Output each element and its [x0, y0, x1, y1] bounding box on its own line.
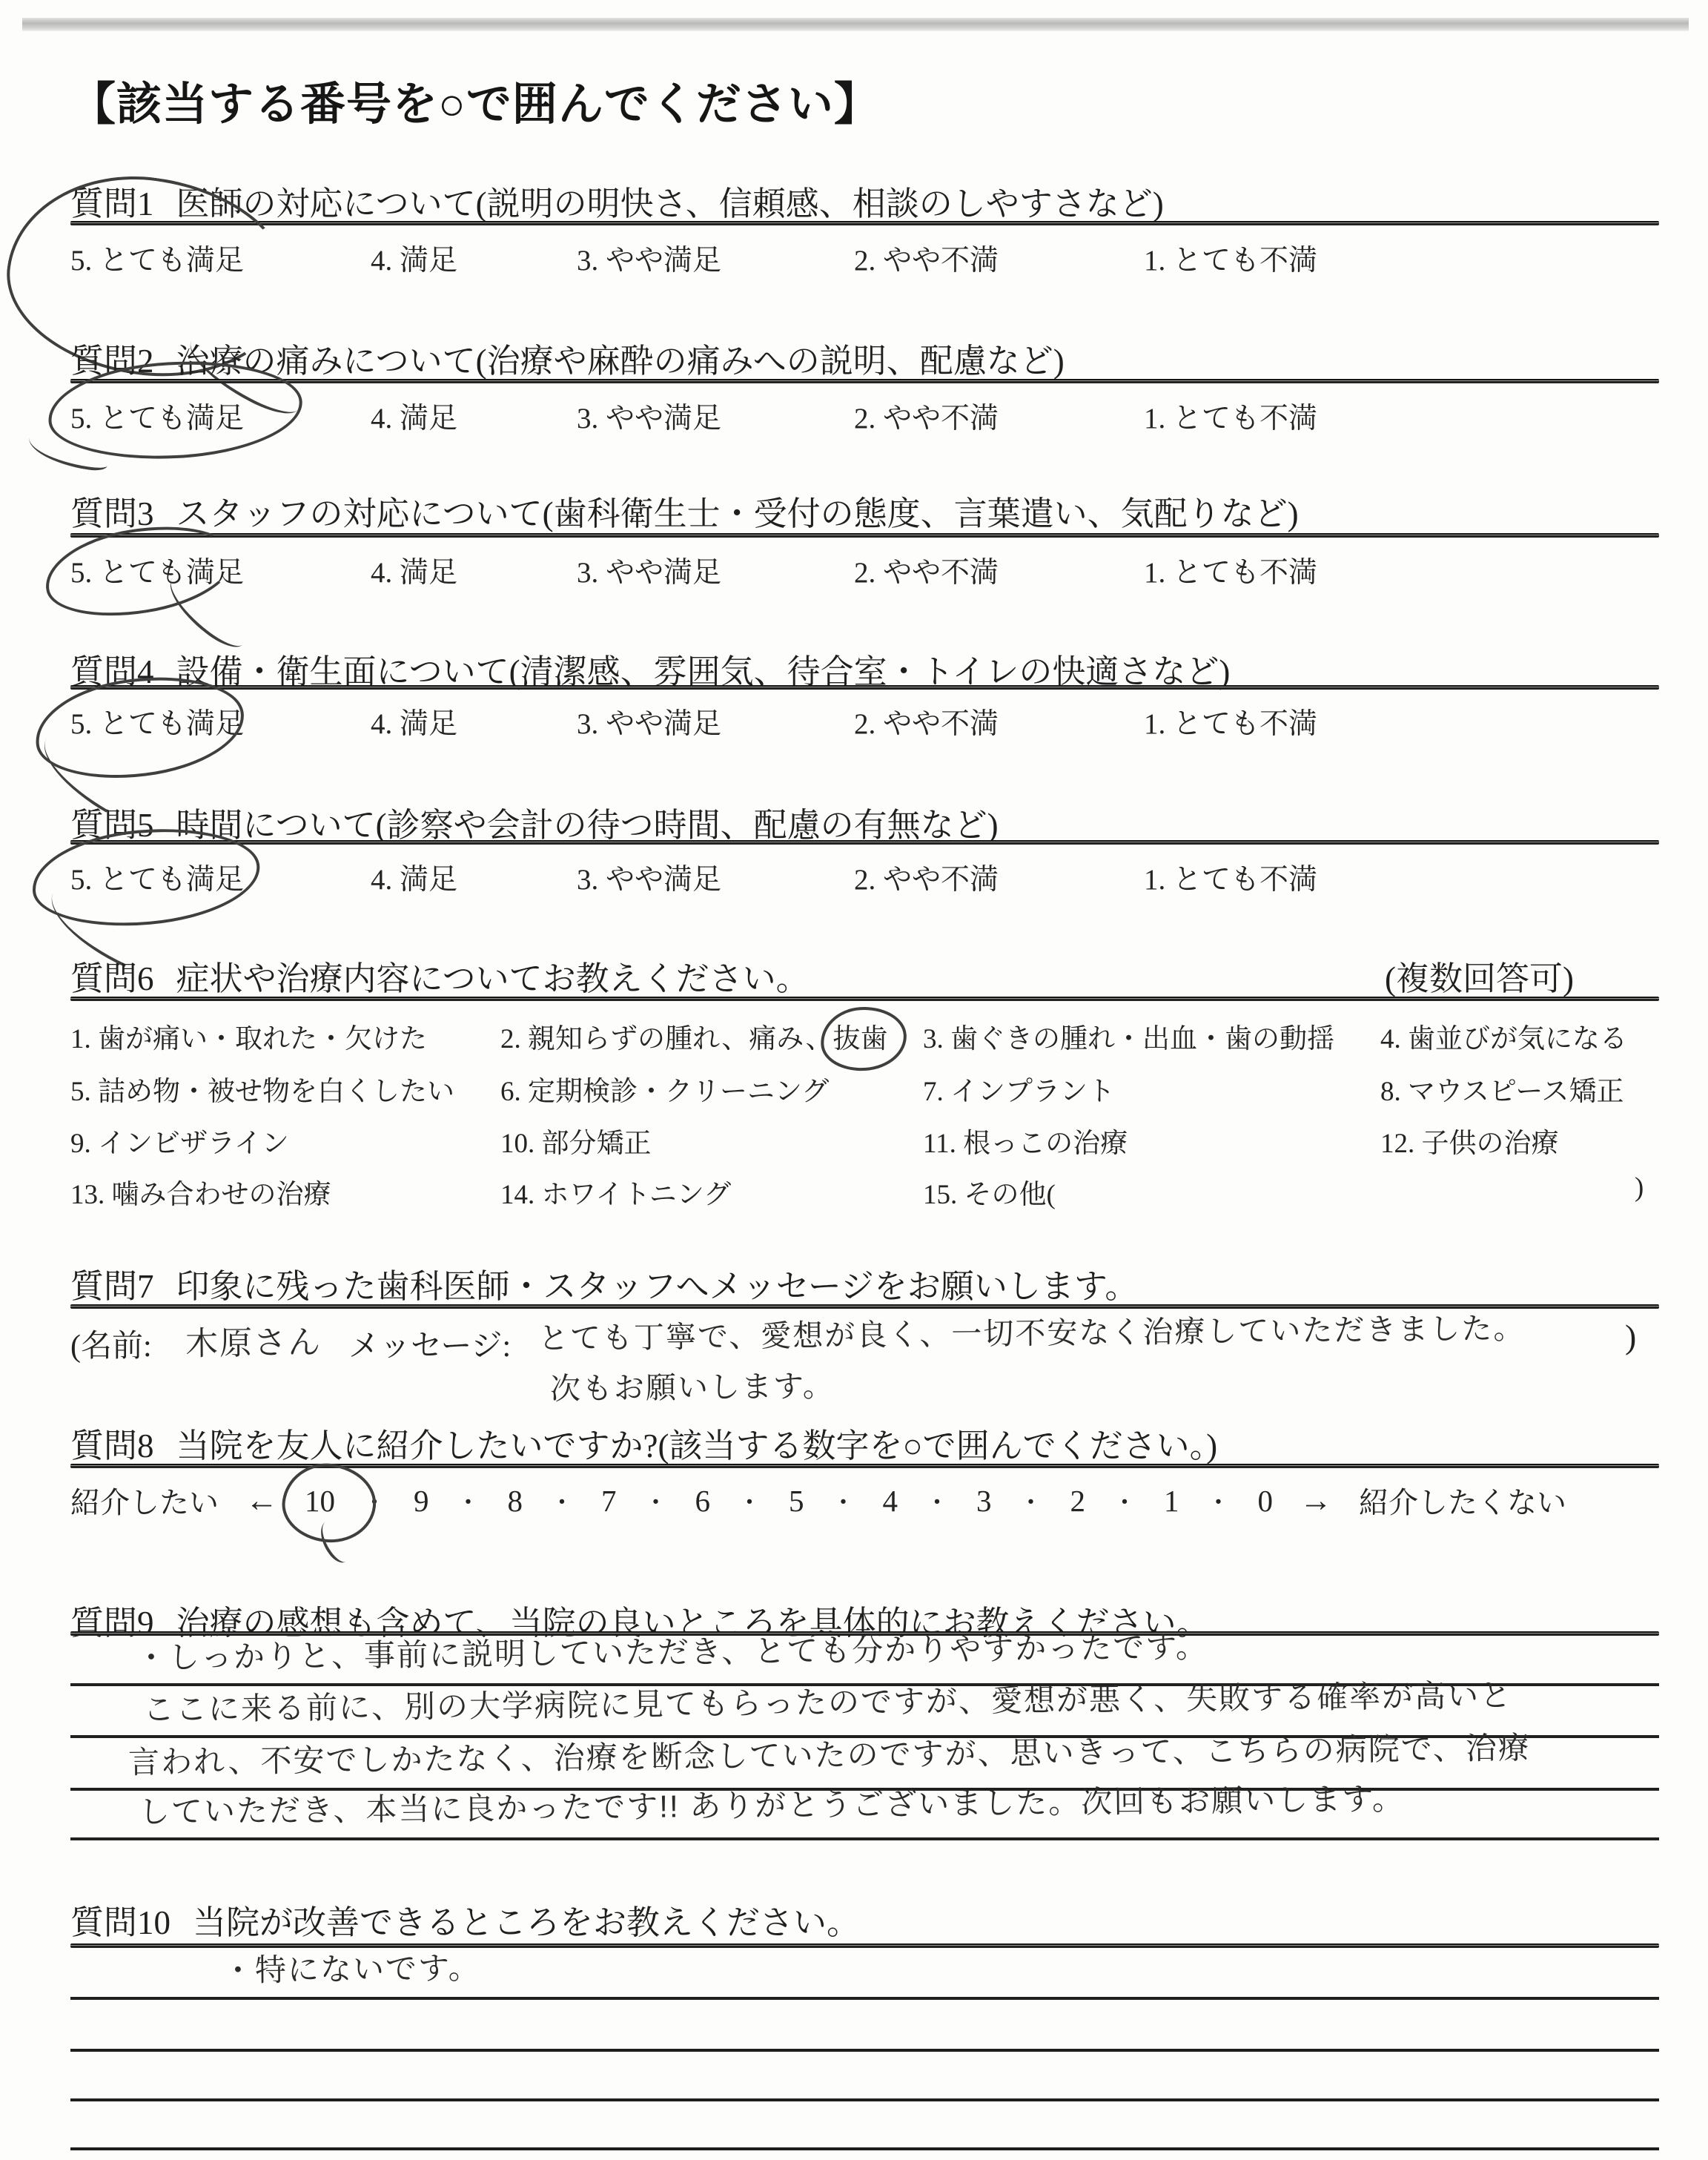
q2-heading: 治療の痛みについて(治療や麻酔の痛みへの説明、配慮など) [176, 343, 1065, 380]
q9-answer-line-4: していただき、本当に良かったです!! ありがとうございました。次回もお願いします… [70, 1793, 1659, 1840]
q4-option-5-label: 5. とても満足 [70, 708, 244, 740]
q5-option-2: 2. やや不満 [854, 856, 999, 898]
scale-separator: ・ [549, 1482, 575, 1519]
scale-separator: ・ [1206, 1482, 1231, 1519]
scale-separator: ・ [737, 1482, 762, 1519]
q6-item-5: 5. 詰め物・被せ物を白くしたい [70, 1069, 454, 1109]
q7-label: 質問7 [70, 1259, 154, 1307]
q6-item-2-prefix: 2. 親知らずの腫れ、痛み、 [500, 1024, 833, 1054]
q3-option-4: 4. 満足 [371, 549, 457, 591]
scale-number-8: 8 [508, 1483, 523, 1519]
q2-option-4: 4. 満足 [371, 395, 457, 437]
q6-item-10: 10. 部分矯正 [500, 1120, 652, 1160]
q10-answer-line: ・特にないです。 [70, 1952, 1659, 2000]
q6-row-2: 5. 詰め物・被せ物を白くしたい 6. 定期検診・クリーニング 7. インプラン… [0, 1069, 1708, 1113]
q3-rule [70, 533, 1659, 538]
q2-option-5-label: 5. とても満足 [70, 403, 244, 435]
q2-option-1: 1. とても不満 [1144, 395, 1317, 437]
scale-number-1: 1 [1164, 1483, 1179, 1519]
q6-item-3: 3. 歯ぐきの腫れ・出血・歯の動揺 [923, 1016, 1334, 1056]
q5-rule [70, 840, 1659, 845]
scale-separator: ・ [1112, 1482, 1137, 1519]
q6-circled-text: 抜歯 [833, 1024, 887, 1054]
scale-number-6: 6 [695, 1483, 711, 1519]
q6-item-11: 11. 根っこの治療 [923, 1120, 1128, 1160]
q3-option-5: 5. とても満足 [70, 549, 244, 591]
q3-option-3: 3. やや満足 [577, 549, 721, 591]
q3-option-5-label: 5. とても満足 [70, 557, 244, 589]
q5-option-5: 5. とても満足 [70, 856, 244, 898]
scale-number-4: 4 [883, 1483, 898, 1519]
q2-option-5: 5. とても満足 [70, 395, 244, 437]
scale-separator: ・ [1019, 1482, 1044, 1519]
scale-number-7: 7 [601, 1483, 617, 1519]
q6-note: (複数回答可) [1385, 951, 1574, 1000]
scale-separator: ・ [456, 1482, 481, 1519]
left-arrow-icon: ← [245, 1482, 278, 1519]
scale-number-3: 3 [976, 1483, 992, 1519]
q6-row-1: 1. 歯が痛い・取れた・欠けた 2. 親知らずの腫れ、痛み、抜歯 3. 歯ぐきの… [0, 1016, 1708, 1060]
q5-heading: 時間について(診察や会計の待つ時間、配慮の有無など) [176, 807, 999, 844]
q3-options: 5. とても満足 4. 満足 3. やや満足 2. やや不満 1. とても不満 [0, 549, 1708, 594]
q8-heading-row: 質問8当院を友人に紹介したいですか?(該当する数字を○で囲んでください。) [70, 1418, 1217, 1467]
right-arrow-icon: → [1300, 1482, 1332, 1519]
q4-options: 5. とても満足 4. 満足 3. やや満足 2. やや不満 1. とても不満 [0, 701, 1708, 745]
scale-number-10: 10 [305, 1483, 335, 1519]
q2-rule [70, 379, 1659, 383]
q6-heading-row: 質問6症状や治療内容についてお教えください。 [70, 951, 810, 1000]
page-title: 【該当する番号を○で囲んでください】 [70, 68, 880, 133]
scale-number-10-label: 10 [305, 1484, 335, 1518]
q4-option-2: 2. やや不満 [854, 701, 999, 742]
q2-label: 質問2 [70, 334, 154, 382]
q6-item-9: 9. インビザライン [70, 1120, 289, 1160]
q7-message-label: メッセージ: [348, 1321, 511, 1366]
q8-label: 質問8 [70, 1418, 154, 1467]
scale-separator: ・ [643, 1482, 669, 1519]
q1-options: 5. とても満足 4. 満足 3. やや満足 2. やや不満 1. とても不満 [0, 237, 1708, 282]
q5-option-1: 1. とても不満 [1144, 856, 1317, 898]
q6-item-14: 14. ホワイトニング [500, 1172, 731, 1212]
q1-option-2: 2. やや不満 [854, 237, 999, 279]
q8-circle-tail [313, 1516, 359, 1567]
scan-artifact-band [22, 18, 1689, 31]
q1-heading: 医師の対応について(説明の明快さ、信頼感、相談のしやすさなど) [176, 185, 1164, 222]
q5-label: 質問5 [70, 798, 154, 846]
q1-heading-row: 質問1医師の対応について(説明の明快さ、信頼感、相談のしやすさなど) [70, 176, 1164, 225]
q7-heading: 印象に残った歯科医師・スタッフへメッセージをお願いします。 [176, 1268, 1139, 1305]
q6-item-1: 1. 歯が痛い・取れた・欠けた [70, 1016, 427, 1056]
survey-page: 【該当する番号を○で囲んでください】 質問1医師の対応について(説明の明快さ、信… [0, 0, 1708, 2160]
q2-options: 5. とても満足 4. 満足 3. やや満足 2. やや不満 1. とても不満 [0, 395, 1708, 440]
q3-label: 質問3 [70, 486, 154, 535]
scale-separator: ・ [831, 1482, 856, 1519]
q6-row-3: 9. インビザライン 10. 部分矯正 11. 根っこの治療 12. 子供の治療 [0, 1120, 1708, 1165]
q4-option-3: 3. やや満足 [577, 701, 721, 742]
q5-heading-row: 質問5時間について(診察や会計の待つ時間、配慮の有無など) [70, 798, 999, 846]
scale-separator: ・ [362, 1482, 387, 1519]
q6-item-15: 15. その他( [923, 1172, 1056, 1212]
q7-close-paren: ) [1625, 1317, 1636, 1356]
q2-heading-row: 質問2治療の痛みについて(治療や麻酔の痛みへの説明、配慮など) [70, 334, 1065, 382]
q6-item-8: 8. マウスピース矯正 [1380, 1069, 1624, 1109]
q4-option-5: 5. とても満足 [70, 701, 244, 742]
q8-heading: 当院を友人に紹介したいですか?(該当する数字を○で囲んでください。) [176, 1427, 1218, 1464]
q4-option-1: 1. とても不満 [1144, 701, 1317, 742]
q4-option-4: 4. 満足 [371, 701, 457, 742]
q5-option-4: 4. 満足 [371, 856, 457, 898]
q6-item-4: 4. 歯並びが気になる [1380, 1016, 1627, 1056]
q6-rule [70, 997, 1659, 1001]
q2-circle-tail [26, 431, 111, 473]
q6-item-2: 2. 親知らずの腫れ、痛み、抜歯 [500, 1016, 887, 1056]
q7-message-line1-handwritten: とても丁寧で、愛想が良く、一切不安なく治療していただきました。 [538, 1304, 1526, 1358]
q6-item-6: 6. 定期検診・クリーニング [500, 1069, 829, 1109]
q6-heading: 症状や治療内容についてお教えください。 [176, 960, 810, 997]
q3-heading: スタッフの対応について(歯科衛生士・受付の態度、言葉遣い、気配りなど) [176, 495, 1299, 532]
q5-option-3: 3. やや満足 [577, 856, 721, 898]
q2-option-2: 2. やや不満 [854, 395, 999, 437]
blank-ruled-line-2 [70, 2098, 1659, 2101]
q7-name-value-handwritten: 木原さん [185, 1315, 322, 1364]
referral-scale: 紹介したい ← 10 ・ 9 ・ 8 ・ 7 ・ 6 ・ 5 ・ 4 ・ 3 ・… [70, 1479, 1566, 1522]
q6-item-12: 12. 子供の治療 [1380, 1120, 1559, 1160]
q6-item-13: 13. 噛み合わせの治療 [70, 1172, 331, 1212]
q10-heading: 当院が改善できるところをお教えください。 [193, 1904, 860, 1941]
q1-option-5-label: 5. とても満足 [70, 245, 244, 277]
q1-option-4: 4. 満足 [371, 237, 457, 279]
scale-number-9: 9 [414, 1483, 429, 1519]
blank-ruled-line-1 [70, 2049, 1659, 2052]
scale-number-0: 0 [1258, 1483, 1274, 1519]
q8-rule [70, 1464, 1659, 1468]
referral-left-label: 紹介したい [70, 1479, 219, 1522]
q7-name-label: (名前: [70, 1321, 152, 1366]
q1-option-1: 1. とても不満 [1144, 237, 1317, 279]
scale-number-5: 5 [789, 1483, 804, 1519]
q1-option-5: 5. とても満足 [70, 237, 244, 279]
q1-option-3: 3. やや満足 [577, 237, 721, 279]
q6-label: 質問6 [70, 951, 154, 1000]
q10-answer-handwritten: ・特にないです。 [70, 1943, 481, 1997]
scale-number-2: 2 [1070, 1483, 1086, 1519]
q10-label: 質問10 [70, 1895, 171, 1943]
q6-item-7: 7. インプラント [923, 1069, 1115, 1109]
scale-separator: ・ [924, 1482, 950, 1519]
q7-message-line2-handwritten: 次もお願いします。 [550, 1361, 835, 1408]
q6-item-15-close-paren: ) [1635, 1172, 1644, 1203]
q3-option-1: 1. とても不満 [1144, 549, 1317, 591]
q4-rule [70, 685, 1659, 690]
q3-heading-row: 質問3スタッフの対応について(歯科衛生士・受付の態度、言葉遣い、気配りなど) [70, 486, 1299, 535]
referral-right-label: 紹介したくない [1359, 1479, 1566, 1522]
blank-ruled-line-3 [70, 2147, 1659, 2150]
q1-rule [70, 221, 1659, 225]
q6-item-2-circled-word: 抜歯 [833, 1016, 887, 1056]
q2-option-3: 3. やや満足 [577, 395, 721, 437]
q3-option-2: 2. やや不満 [854, 549, 999, 591]
q5-option-5-label: 5. とても満足 [70, 864, 244, 896]
q10-heading-row: 質問10当院が改善できるところをお教えください。 [70, 1895, 860, 1943]
q7-heading-row: 質問7印象に残った歯科医師・スタッフへメッセージをお願いします。 [70, 1259, 1138, 1307]
q1-label: 質問1 [70, 176, 154, 225]
q6-row-4: 13. 噛み合わせの治療 14. ホワイトニング 15. その他( ) [0, 1172, 1708, 1216]
q5-options: 5. とても満足 4. 満足 3. やや満足 2. やや不満 1. とても不満 [0, 856, 1708, 901]
